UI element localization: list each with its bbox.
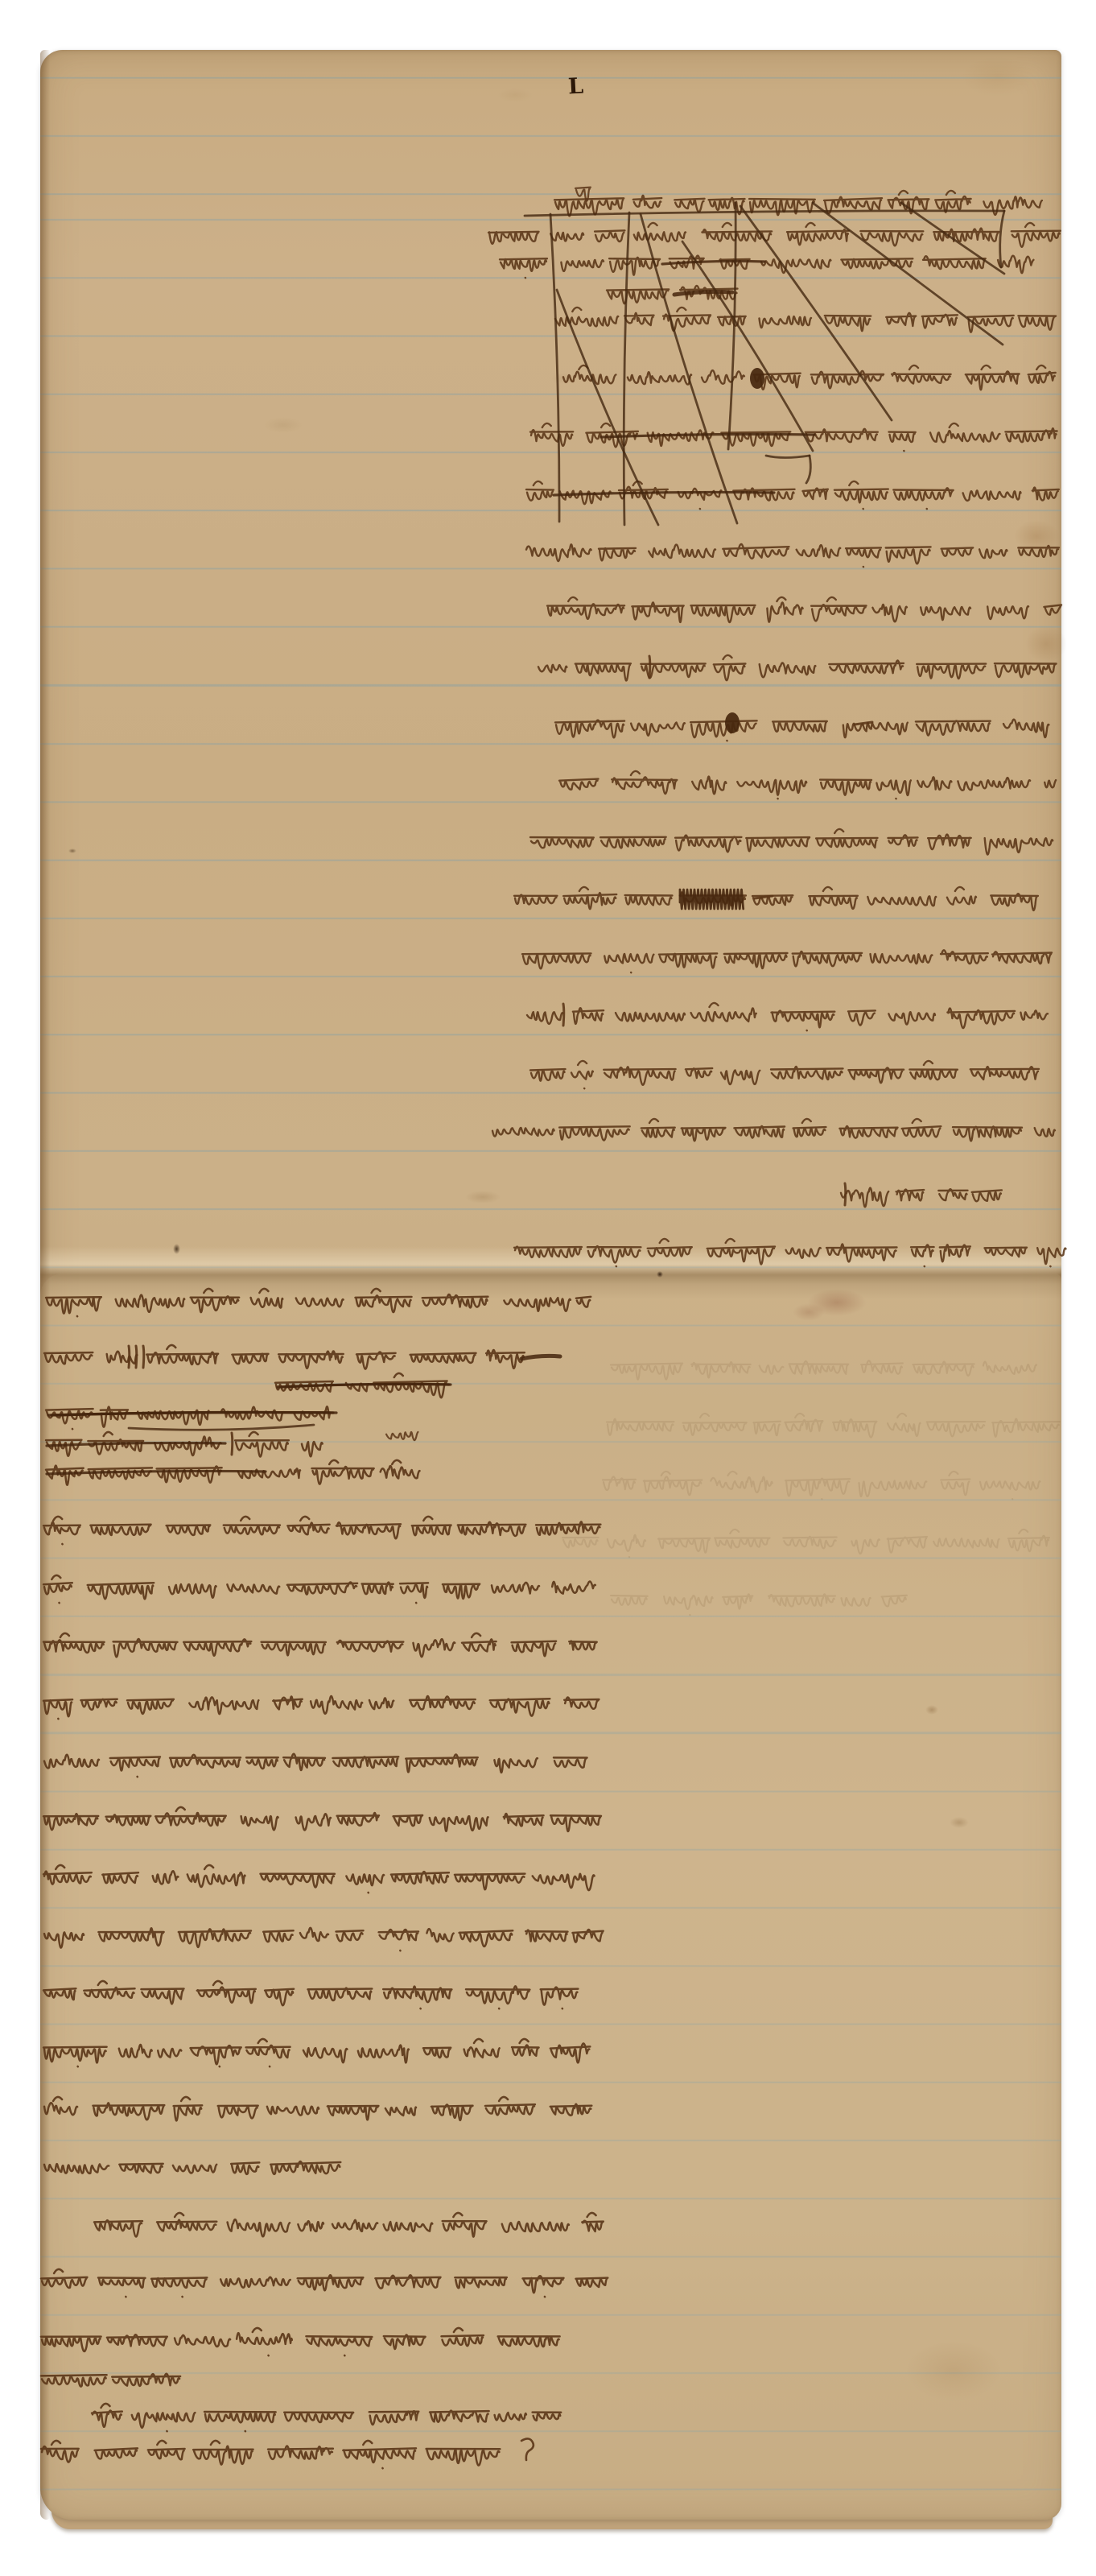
ink-blot: [725, 712, 740, 733]
ink-stroke: [41, 2441, 500, 2468]
handwriting-layer: [0, 0, 1096, 2576]
ink-stroke: [92, 2404, 561, 2431]
ink-stroke: [143, 1346, 144, 1368]
ink-stroke: [550, 214, 559, 522]
ink-stroke: [514, 887, 1038, 910]
ink-stroke: [41, 2328, 560, 2355]
ink-stroke: [41, 2269, 608, 2297]
ink-stroke: [47, 1471, 266, 1474]
ink-stroke: [129, 1346, 130, 1368]
ink-stroke: [530, 829, 1053, 855]
ink-stroke: [611, 1360, 1036, 1379]
ink-stroke: [649, 656, 650, 678]
ink-stroke: [527, 1003, 1048, 1030]
ink-stroke: [538, 655, 1057, 681]
ink-stroke: [232, 1433, 233, 1455]
ink-stroke: [46, 1289, 591, 1316]
ink-stroke: [526, 544, 1059, 567]
ink-stroke: [43, 1517, 600, 1544]
ink-stroke: [43, 2039, 590, 2066]
ink-stroke: [813, 203, 1003, 345]
ink-stroke: [43, 1696, 599, 1719]
ink-blot: [750, 368, 764, 389]
ink-stroke: [845, 1183, 846, 1205]
ink-stroke: [44, 2097, 591, 2120]
ink-stroke: [43, 1981, 578, 2008]
ink-stroke: [136, 1346, 137, 1368]
ink-stroke: [521, 2438, 534, 2460]
ink-stroke: [500, 256, 1033, 279]
ink-stroke: [563, 365, 1056, 390]
ink-stroke: [521, 1356, 560, 1359]
ink-stroke: [41, 2374, 180, 2387]
ink-stroke: [46, 1406, 331, 1429]
ink-stroke: [530, 1061, 1039, 1088]
ink-stroke: [841, 1188, 1002, 1207]
ink-stroke: [603, 1472, 1040, 1499]
ink-stroke: [766, 456, 810, 458]
ink-stroke: [488, 223, 1061, 247]
ink-stroke: [44, 2161, 340, 2174]
ink-stroke: [559, 771, 1056, 799]
ink-stroke: [522, 950, 1052, 972]
ink-stroke: [555, 720, 1049, 741]
ink-stroke: [492, 1119, 1055, 1141]
page-number-mark: L: [567, 74, 584, 100]
ink-stroke: [44, 1345, 525, 1369]
ink-stroke: [806, 456, 810, 483]
ink-stroke: [44, 1928, 604, 1951]
ink-stroke: [547, 597, 1061, 622]
ink-stroke: [43, 1633, 597, 1657]
ink-stroke: [855, 722, 872, 724]
ink-stroke: [607, 1414, 1060, 1438]
ink-stroke: [43, 1575, 595, 1603]
ink-stroke: [1000, 211, 1004, 267]
ink-stroke: [514, 1239, 1066, 1266]
ink-stroke: [563, 1004, 564, 1026]
ink-stroke: [43, 1865, 595, 1893]
ink-stroke: [44, 1754, 587, 1777]
ink-stroke: [129, 1425, 314, 1430]
ink-stroke: [562, 1529, 1049, 1557]
ink-stroke: [680, 890, 744, 909]
ink-stroke: [43, 1807, 601, 1831]
manuscript-scan: L: [0, 0, 1096, 2576]
ink-stroke: [611, 1594, 907, 1615]
ink-stroke: [526, 481, 1059, 509]
ink-stroke: [94, 2213, 604, 2237]
ink-stroke: [386, 1432, 418, 1440]
